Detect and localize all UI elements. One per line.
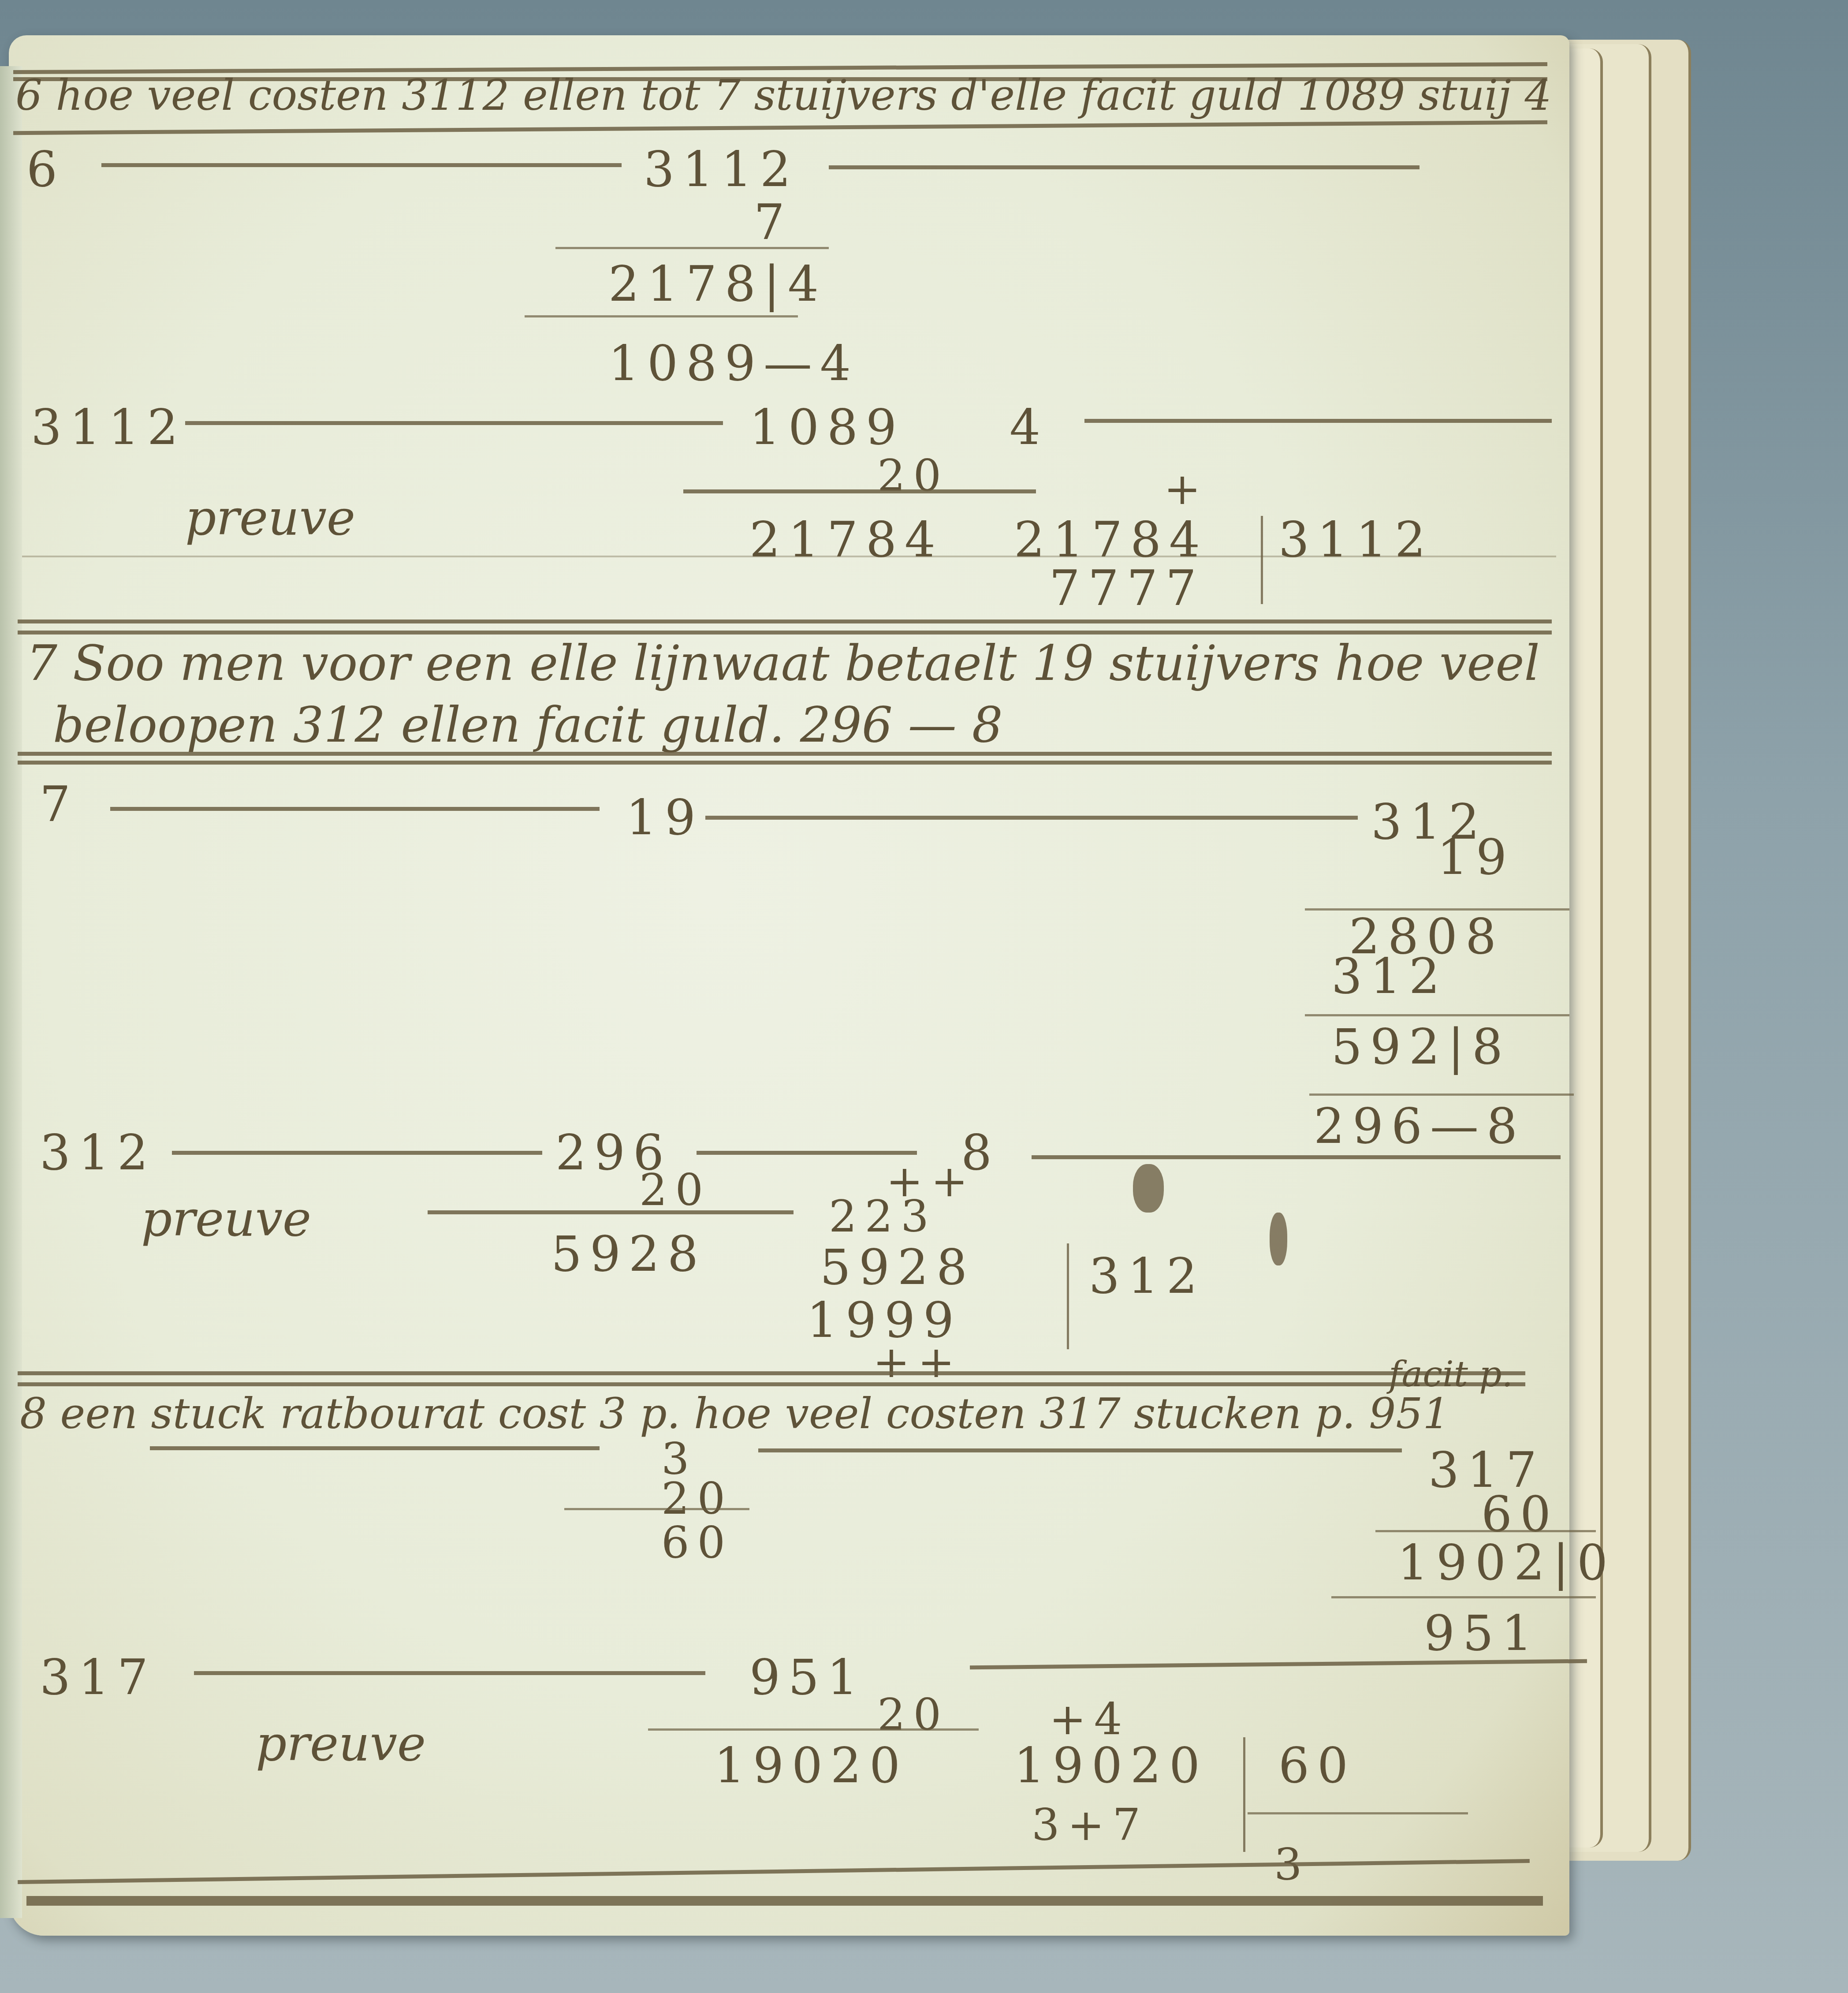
proof-middle: 1089	[749, 399, 905, 455]
proof-product: 21784	[749, 511, 943, 568]
proof-quotient: 7777	[1049, 560, 1204, 616]
rule-line	[1084, 419, 1552, 423]
proof-left: 3112	[31, 399, 186, 455]
proof-multiplier: 20	[639, 1164, 711, 1216]
division-bracket	[1067, 1243, 1069, 1349]
ink-blot	[1270, 1213, 1287, 1265]
proof-dividend: 19020	[1014, 1737, 1208, 1794]
problem-7-question-line2: beloopen 312 ellen facit guld. 296 — 8	[53, 697, 1003, 753]
rule-line	[101, 163, 622, 167]
division-mark: +	[1164, 463, 1209, 515]
footer-rule	[26, 1896, 1543, 1906]
proof-dividend: 21784	[1014, 511, 1208, 568]
sum-rule	[1305, 1014, 1569, 1016]
sum-rule	[564, 1508, 749, 1510]
proof-multiplier: 20	[877, 1689, 949, 1740]
rate: 19	[626, 789, 704, 846]
proof-right: 4	[1010, 399, 1048, 455]
proof-label: preuve	[185, 489, 355, 546]
problem-7-question-line1: 7 Soo men voor een elle lijnwaat betaelt…	[26, 635, 1540, 691]
proof-product: 19020	[714, 1737, 908, 1794]
ink-blot	[1133, 1164, 1164, 1213]
rule-line	[758, 1448, 1402, 1452]
problem-6-number: 6	[26, 141, 65, 198]
multiplier: 7	[754, 194, 793, 250]
marks-bottom: ++	[873, 1336, 963, 1388]
sum-rule	[648, 1728, 979, 1731]
partial-product-2: 312	[1331, 948, 1448, 1004]
header-rule-bottom	[18, 761, 1552, 765]
product: 2178|4	[608, 256, 827, 312]
proof-dividend: 5928	[820, 1239, 975, 1295]
rule-line	[110, 807, 600, 811]
proof-divisor: 312	[1089, 1248, 1205, 1304]
header-rule-top	[18, 631, 1552, 634]
division-bracket	[1261, 516, 1263, 604]
division-bracket	[1243, 1737, 1245, 1852]
remainder-row: 223	[829, 1191, 937, 1242]
sum-rule	[1331, 1596, 1596, 1598]
product-left: 60	[661, 1517, 733, 1568]
rule-line	[829, 165, 1420, 169]
proof-multiplier: 20	[877, 450, 949, 501]
header-rule-top	[18, 1371, 1525, 1375]
facit-margin-note: facit p.	[1389, 1354, 1513, 1395]
rule-line	[150, 1446, 600, 1450]
multiplier: 19	[1437, 829, 1515, 885]
proof-label: preuve	[141, 1191, 311, 1247]
header-rule-top	[18, 620, 1552, 623]
sum-rule	[428, 1210, 794, 1214]
faint-rule	[22, 556, 1556, 557]
proof-divisor: 3112	[1278, 511, 1434, 568]
sum-rule	[1309, 1094, 1574, 1096]
proof-middle: 951	[749, 1649, 866, 1706]
rule-line	[172, 1151, 542, 1155]
product: 592|8	[1331, 1019, 1511, 1075]
sum-rule	[1248, 1812, 1468, 1814]
multiplicand: 3112	[644, 141, 799, 198]
remainder-row: 3+7	[1032, 1799, 1148, 1851]
sum-rule	[1375, 1530, 1596, 1532]
proof-left: 317	[40, 1649, 156, 1706]
sum-rule	[555, 247, 829, 249]
problem-6-question: 6 hoe veel costen 3112 ellen tot 7 stuij…	[15, 71, 1552, 120]
rule-line	[1032, 1155, 1561, 1159]
result: 296—8	[1314, 1098, 1525, 1154]
product: 1902|0	[1397, 1534, 1616, 1591]
result: 1089—4	[608, 335, 859, 392]
rule-line	[697, 1151, 917, 1155]
rule-line	[194, 1671, 705, 1675]
book-gutter	[0, 66, 22, 1918]
proof-left: 312	[40, 1124, 156, 1181]
rule-line	[185, 421, 723, 425]
proof-product: 5928	[551, 1226, 706, 1282]
header-rule-bottom	[18, 752, 1552, 756]
proof-label: preuve	[256, 1715, 426, 1772]
sum-rule	[525, 315, 798, 317]
sum-rule	[683, 489, 1036, 493]
result: 951	[1424, 1605, 1540, 1661]
multiplier: 60	[1481, 1486, 1559, 1542]
header-rule-top	[18, 1382, 1525, 1386]
problem-7-number: 7	[40, 776, 78, 832]
proof-divisor: 60	[1278, 1737, 1356, 1794]
rule-line	[705, 816, 1358, 820]
problem-8-question: 8 een stuck ratbourat cost 3 p. hoe veel…	[20, 1389, 1450, 1438]
